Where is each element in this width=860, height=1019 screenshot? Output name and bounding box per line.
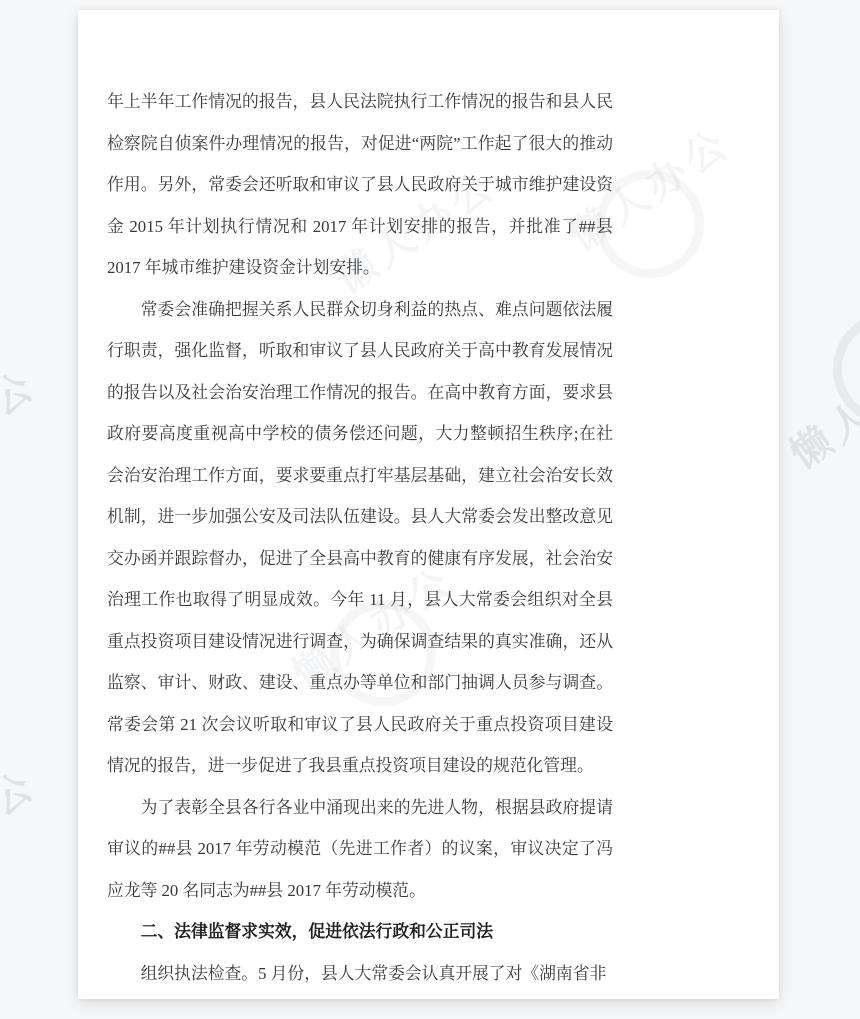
document-preview-canvas: { "canvas": { "background_color": "#f6f7… <box>0 0 860 1019</box>
paragraph-labor-model-awards: 为了表彰全县各行各业中涌现出来的先进人物，根据县政府提请审议的##县 2017 … <box>107 787 613 912</box>
watermark-text-right: 懒人办公 <box>777 330 860 480</box>
section-heading-legal-supervision: 二、法律监督求实效，促进依法行政和公正司法 <box>107 911 613 953</box>
document-text-block: 年上半年工作情况的报告，县人民法院执行工作情况的报告和县人民检察院自侦案件办理情… <box>107 81 613 994</box>
paragraph-courts-reports: 年上半年工作情况的报告，县人民法院执行工作情况的报告和县人民检察院自侦案件办理情… <box>107 81 613 289</box>
paragraph-law-enforcement-inspection: 组织执法检查。5 月份，县人大常委会认真开展了对《湖南省非 <box>107 953 613 995</box>
paragraph-supervision-education-security: 常委会准确把握关系人民群众切身利益的热点、难点问题依法履行职责，强化监督，听取和… <box>107 289 613 787</box>
watermark-text-left-upper: 懒人办公 <box>0 354 46 504</box>
watermark-ring-right <box>833 312 860 426</box>
watermark-text-left-lower: 懒人办公 <box>0 754 46 904</box>
